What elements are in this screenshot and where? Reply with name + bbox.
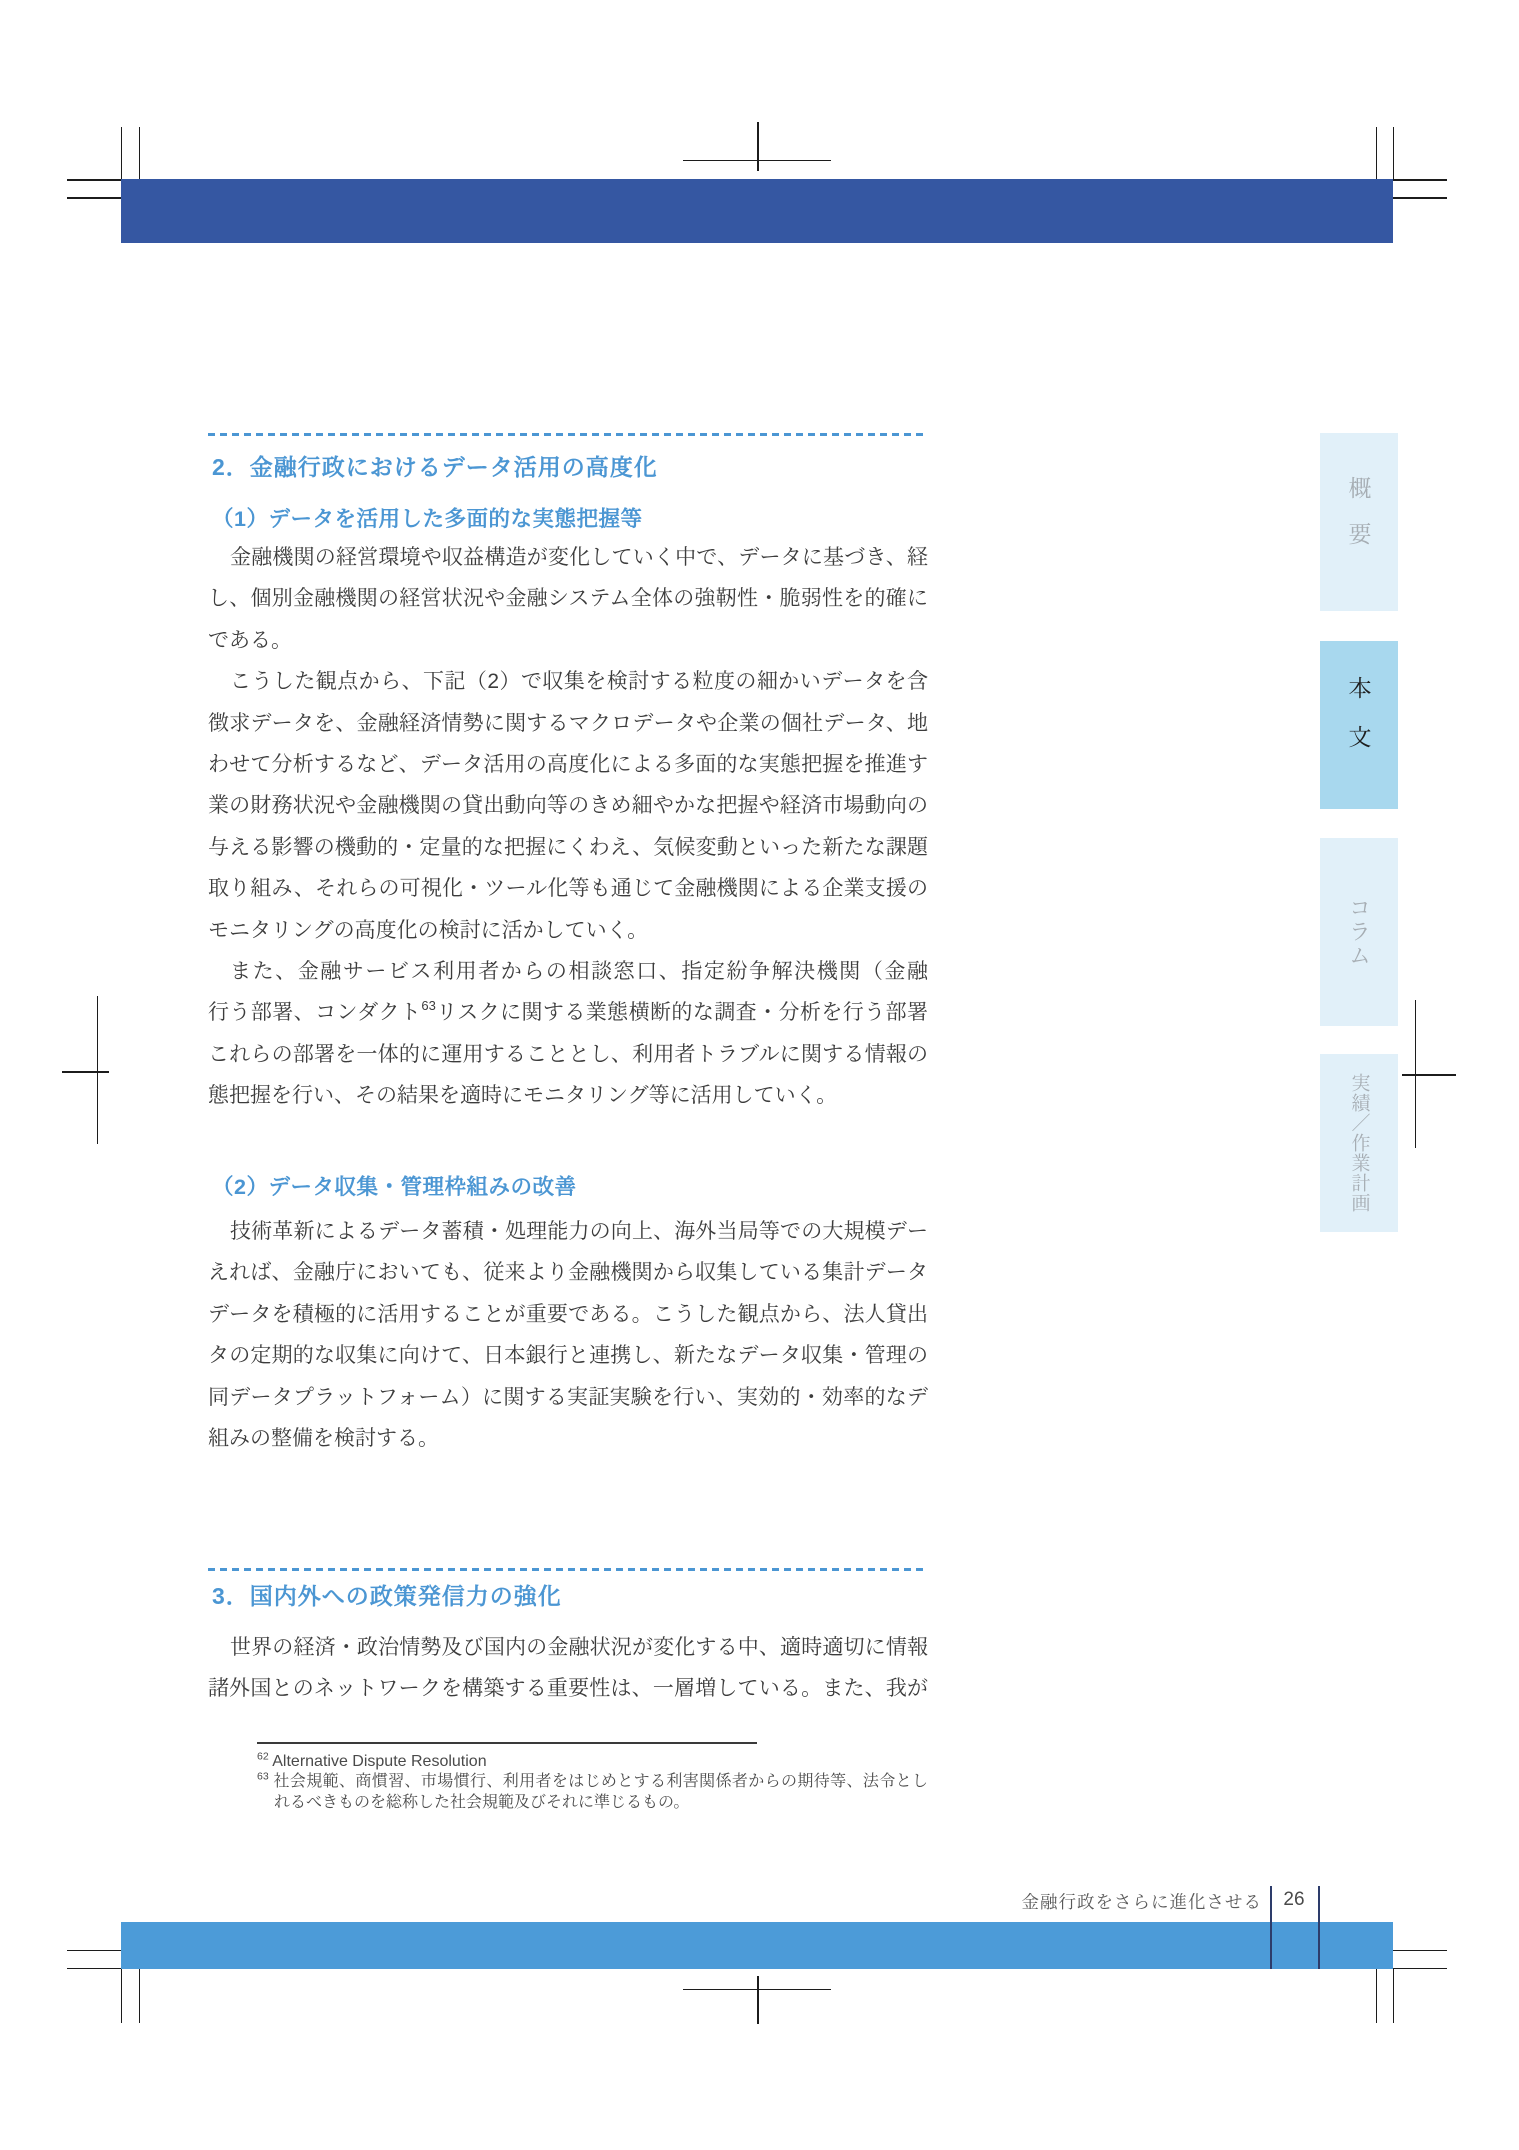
text-line: 徴求データを、金融経済情勢に関するマクロデータや企業の個社データ、地理的データと… <box>208 703 928 744</box>
text-line: えれば、金融庁においても、従来より金融機関から収集している集計データよりも粒度の… <box>208 1252 928 1293</box>
text-line: これらの部署を一体的に運用することとし、利用者トラブルに関する情報の多角的な分析… <box>208 1034 928 1075</box>
section3-title: 3．国内外への政策発信力の強化 <box>212 1578 562 1611</box>
footnotes: 62 Alternative Dispute Resolution 63 社会規… <box>257 1752 928 1813</box>
document-page: 2．金融行政におけるデータ活用の高度化 （1）データを活用した多面的な実態把握等… <box>0 0 1519 2150</box>
section2-sub2-body: 技術革新によるデータ蓄積・処理能力の向上、海外当局等での大規模データ活用の流れを… <box>208 1211 928 1459</box>
footnote-62: 62 Alternative Dispute Resolution <box>257 1752 928 1772</box>
text-line: 与える影響の機動的・定量的な把握にくわえ、気候変動といった新たな課題についての分… <box>208 827 928 868</box>
section3-body: 世界の経済・政治情勢及び国内の金融状況が変化する中、適時適切に情報共有や連携がで… <box>208 1627 928 1710</box>
tab-label: コラム <box>1344 896 1375 968</box>
footer-divider-line <box>1318 1886 1320 1969</box>
text-line: 取り組み、それらの可視化・ツール化等も通じて金融機関による企業支援のあり方や金融… <box>208 868 928 909</box>
text-line: 世界の経済・政治情勢及び国内の金融状況が変化する中、適時適切に情報共有や連携がで… <box>208 1627 928 1668</box>
tab-label: 概要 <box>1343 476 1376 568</box>
section-divider-dashed <box>208 1568 928 1571</box>
paragraph: こうした観点から、下記（2）で収集を検討する粒度の細かいデータを含め、金融機関か… <box>208 661 928 951</box>
text-line: し、個別金融機関の経営状況や金融システム全体の強靭性・脆弱性を的確に把握すること… <box>208 578 928 619</box>
text-line: 金融機関の経営環境や収益構造が変化していく中で、データに基づき、経済・市場動向を… <box>208 537 928 578</box>
page-number: 26 <box>1270 1889 1318 1911</box>
tab-results-workplan[interactable]: 実績／作業計画 <box>1320 1054 1398 1232</box>
text-line: れるべきものを総称した社会規範及びそれに準じるもの。 <box>257 1793 928 1813</box>
text-line: 行う部署、コンダクト63リスクに関する業態横断的な調査・分析を行う部署の連携を高… <box>208 992 928 1033</box>
section2-sub1-body: 金融機関の経営環境や収益構造が変化していく中で、データに基づき、経済・市場動向を… <box>208 537 928 1116</box>
paragraph: 世界の経済・政治情勢及び国内の金融状況が変化する中、適時適切に情報共有や連携がで… <box>208 1627 928 1710</box>
text-line: わせて分析するなど、データ活用の高度化による多面的な実態把握を推進する。具体的に… <box>208 744 928 785</box>
paragraph: 技術革新によるデータ蓄積・処理能力の向上、海外当局等での大規模データ活用の流れを… <box>208 1211 928 1459</box>
paragraph: 金融機関の経営環境や収益構造が変化していく中で、データに基づき、経済・市場動向を… <box>208 537 928 661</box>
tab-column[interactable]: コラム <box>1320 838 1398 1026</box>
text-line: 技術革新によるデータ蓄積・処理能力の向上、海外当局等での大規模データ活用の流れを… <box>208 1211 928 1252</box>
text-line: 態把握を行い、その結果を適時にモニタリング等に活用していく。 <box>208 1075 928 1116</box>
text-line: 63 社会規範、商慣習、市場慣行、利用者をはじめとする利害関係者からの期待等、法… <box>257 1772 928 1792</box>
text-line: 62 Alternative Dispute Resolution <box>257 1752 928 1772</box>
section-divider-dashed <box>208 433 928 436</box>
text-line: である。 <box>208 620 928 661</box>
footnote-separator <box>257 1742 757 1744</box>
header-band <box>121 179 1393 243</box>
footer-running-title: 金融行政をさらに進化させる <box>900 1889 1262 1914</box>
text-line: 諸外国とのネットワークを構築する重要性は、一層増している。また、我が国金融行政へ… <box>208 1668 928 1709</box>
footnote-63: 63 社会規範、商慣習、市場慣行、利用者をはじめとする利害関係者からの期待等、法… <box>257 1772 928 1813</box>
section2-title: 2．金融行政におけるデータ活用の高度化 <box>212 449 658 482</box>
tab-label: 本文 <box>1343 676 1376 774</box>
tab-overview[interactable]: 概要 <box>1320 433 1398 611</box>
text-line: 同データプラットフォーム）に関する実証実験を行い、実効的・効率的なデータ収集・管… <box>208 1377 928 1418</box>
tab-main-text[interactable]: 本文 <box>1320 641 1398 809</box>
section2-sub1-title: （1）データを活用した多面的な実態把握等 <box>212 502 642 533</box>
text-line: データを積極的に活用することが重要である。こうした観点から、法人貸出明細等の高粒… <box>208 1294 928 1335</box>
tab-label: 実績／作業計画 <box>1346 1073 1373 1213</box>
text-line: モニタリングの高度化の検討に活かしていく。 <box>208 910 928 951</box>
text-line: 業の財務状況や金融機関の貸出動向等のきめ細やかな把握や経済市場動向の変化が金融機… <box>208 785 928 826</box>
section2-sub2-title: （2）データ収集・管理枠組みの改善 <box>212 1170 576 1201</box>
footer-band <box>121 1922 1393 1969</box>
paragraph: また、金融サービス利用者からの相談窓口、指定紛争解決機関（金融 ADR62）の指… <box>208 951 928 1117</box>
text-line: 組みの整備を検討する。 <box>208 1418 928 1459</box>
text-line: こうした観点から、下記（2）で収集を検討する粒度の細かいデータを含め、金融機関か… <box>208 661 928 702</box>
text-line: タの定期的な収集に向けて、日本銀行と連携し、新たなデータ収集・管理の枠組み（いわ… <box>208 1335 928 1376</box>
text-line: また、金融サービス利用者からの相談窓口、指定紛争解決機関（金融 ADR62）の指… <box>208 951 928 992</box>
